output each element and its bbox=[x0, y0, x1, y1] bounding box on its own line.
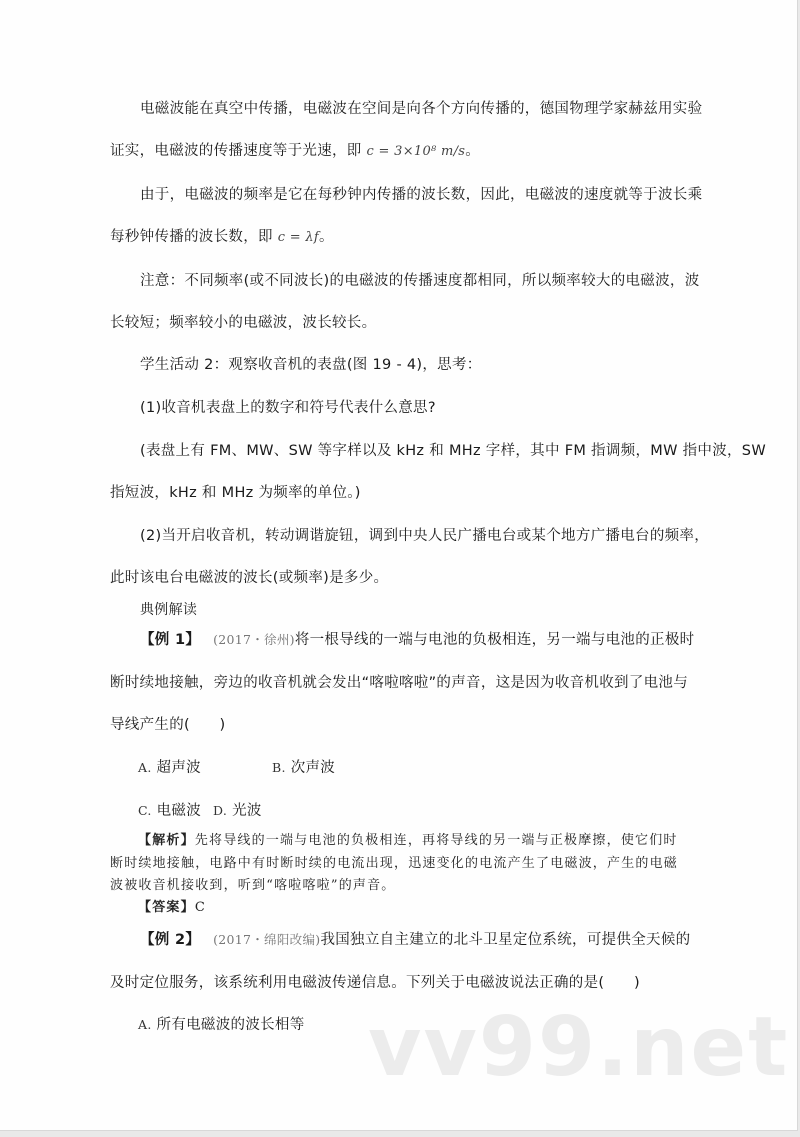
analysis-text: 先将导线的一端与电池的负极相连，再将导线的另一端与正极摩擦，使它们时 bbox=[195, 833, 678, 848]
paragraph-question-2-cont: 此时该电台电磁波的波长(或频率)是多少。 bbox=[110, 566, 388, 587]
answer-value: C bbox=[195, 900, 206, 915]
example-1-stem: 【例 1】 (2017・徐州)将一根导线的一端与电池的负极相连，另一端与电池的正… bbox=[140, 628, 694, 649]
paragraph-note-cont: 长较短；频率较小的电磁波，波长较长。 bbox=[110, 311, 376, 332]
option-text: 次声波 bbox=[291, 760, 335, 776]
text: 证实，电磁波的传播速度等于光速，即 bbox=[110, 143, 367, 159]
example-2-label: 【例 2】 bbox=[140, 932, 200, 948]
example-1-label: 【例 1】 bbox=[140, 632, 200, 648]
text: 。 bbox=[319, 229, 334, 245]
example-1-analysis: 【解析】先将导线的一端与电池的负极相连，再将导线的另一端与正极摩擦，使它们时 bbox=[138, 829, 678, 848]
example-1-stem-line2: 断时续地接触，旁边的收音机就会发出“喀啦喀啦”的声音，这是因为收音机收到了电池与 bbox=[110, 671, 688, 692]
example-1-option-d: D. 光波 bbox=[213, 799, 262, 820]
paragraph-frequency: 由于，电磁波的频率是它在每秒钟内传播的波长数，因此，电磁波的速度就等于波长乘 bbox=[140, 183, 702, 204]
example-1-answer: 【答案】C bbox=[138, 896, 206, 915]
option-text: 光波 bbox=[232, 803, 262, 819]
option-key: C. bbox=[138, 803, 152, 818]
option-key: D. bbox=[213, 803, 227, 818]
option-key: B. bbox=[272, 760, 286, 775]
example-1-analysis-line3: 波被收音机接收到，听到“喀啦喀啦”的声音。 bbox=[110, 874, 396, 893]
analysis-label: 【解析】 bbox=[138, 833, 195, 848]
example-1-option-c: C. 电磁波 bbox=[138, 799, 201, 820]
option-text: 所有电磁波的波长相等 bbox=[157, 1017, 305, 1033]
example-1-stem-line3: 导线产生的( ) bbox=[110, 713, 226, 734]
paragraph-speed-of-light: 证实，电磁波的传播速度等于光速，即 c = 3×10⁸ m/s。 bbox=[110, 139, 480, 160]
example-2-source: (2017・绵阳改编) bbox=[213, 932, 320, 947]
example-2-stem-text: 我国独立自主建立的北斗卫星定位系统，可提供全天候的 bbox=[320, 932, 690, 948]
example-1-option-b: B. 次声波 bbox=[272, 756, 335, 777]
paragraph-answer-1-cont: 指短波，kHz 和 MHz 为频率的单位。) bbox=[110, 481, 361, 502]
paragraph-note: 注意：不同频率(或不同波长)的电磁波的传播速度都相同，所以频率较大的电磁波，波 bbox=[140, 269, 700, 290]
example-2-stem: 【例 2】 (2017・绵阳改编)我国独立自主建立的北斗卫星定位系统，可提供全天… bbox=[140, 928, 690, 949]
example-1-analysis-line2: 断时续地接触，电路中有时断时续的电流出现，迅速变化的电流产生了电磁波，产生的电磁 bbox=[110, 852, 678, 871]
example-2-stem-line2: 及时定位服务，该系统利用电磁波传递信息。下列关于电磁波说法正确的是( ) bbox=[110, 971, 640, 992]
watermark: vv99.net bbox=[368, 1000, 789, 1095]
paragraph-em-wave-propagation: 电磁波能在真空中传播，电磁波在空间是向各个方向传播的，德国物理学家赫兹用实验 bbox=[140, 97, 702, 118]
paragraph-wavelength-formula: 每秒钟传播的波长数，即 c = λf。 bbox=[110, 225, 334, 246]
option-key: A. bbox=[138, 1017, 152, 1032]
option-text: 超声波 bbox=[157, 760, 201, 776]
text: 。 bbox=[465, 143, 480, 159]
example-2-option-a: A. 所有电磁波的波长相等 bbox=[138, 1013, 305, 1034]
formula-c-lambda-f: c = λf bbox=[278, 230, 319, 245]
example-1-source: (2017・徐州) bbox=[213, 632, 295, 647]
example-1-stem-text: 将一根导线的一端与电池的负极相连，另一端与电池的正极时 bbox=[295, 632, 695, 648]
option-key: A. bbox=[138, 760, 152, 775]
option-text: 电磁波 bbox=[157, 803, 201, 819]
paragraph-student-activity: 学生活动 2：观察收音机的表盘(图 19 - 4)，思考： bbox=[140, 353, 482, 374]
section-heading: 典例解读 bbox=[140, 599, 197, 619]
answer-label: 【答案】 bbox=[138, 900, 195, 915]
text: 每秒钟传播的波长数，即 bbox=[110, 229, 278, 245]
example-1-option-a: A. 超声波 bbox=[138, 756, 201, 777]
formula-speed: c = 3×10⁸ m/s bbox=[367, 144, 466, 159]
document-page: 电磁波能在真空中传播，电磁波在空间是向各个方向传播的，德国物理学家赫兹用实验 证… bbox=[0, 0, 798, 1131]
paragraph-question-2: (2)当开启收音机，转动调谐旋钮，调到中央人民广播电台或某个地方广播电台的频率， bbox=[140, 524, 709, 545]
paragraph-answer-1: (表盘上有 FM、MW、SW 等字样以及 kHz 和 MHz 字样，其中 FM … bbox=[140, 439, 766, 460]
paragraph-question-1: (1)收音机表盘上的数字和符号代表什么意思? bbox=[140, 396, 436, 417]
